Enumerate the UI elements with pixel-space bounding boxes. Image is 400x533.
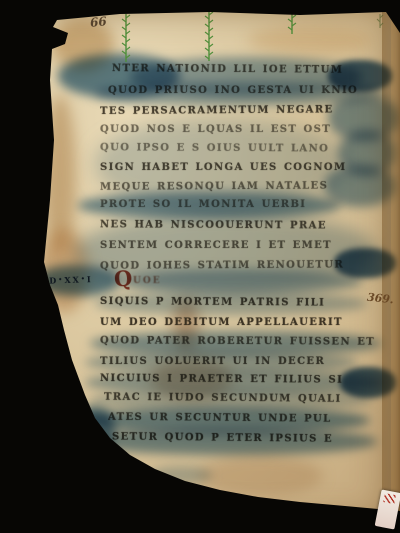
tab-red-mark bbox=[383, 493, 396, 504]
right-margin-foliation: 369. bbox=[366, 291, 394, 307]
folio-number-pencil: 66 bbox=[89, 14, 107, 30]
ink-stain bbox=[95, 292, 367, 315]
ink-stain bbox=[36, 265, 120, 296]
ink-stain bbox=[150, 466, 212, 484]
parchment-leaf: nter nationid lil ioe ettum quod priuso … bbox=[0, 0, 400, 533]
manuscript-photo: nter nationid lil ioe ettum quod priuso … bbox=[0, 0, 400, 533]
ink-stain bbox=[85, 428, 377, 455]
quire-stitch-mark bbox=[120, 13, 132, 63]
quire-stitch-mark bbox=[286, 13, 298, 35]
manuscript-line: um deo debitum appellauerit bbox=[100, 313, 392, 329]
quire-stitch-mark bbox=[375, 13, 385, 29]
parchment-mottle bbox=[248, 26, 373, 54]
ink-stain bbox=[120, 269, 362, 294]
parchment-mottle bbox=[198, 455, 323, 497]
ink-stain bbox=[73, 406, 115, 453]
quire-stitch-mark bbox=[203, 10, 215, 62]
